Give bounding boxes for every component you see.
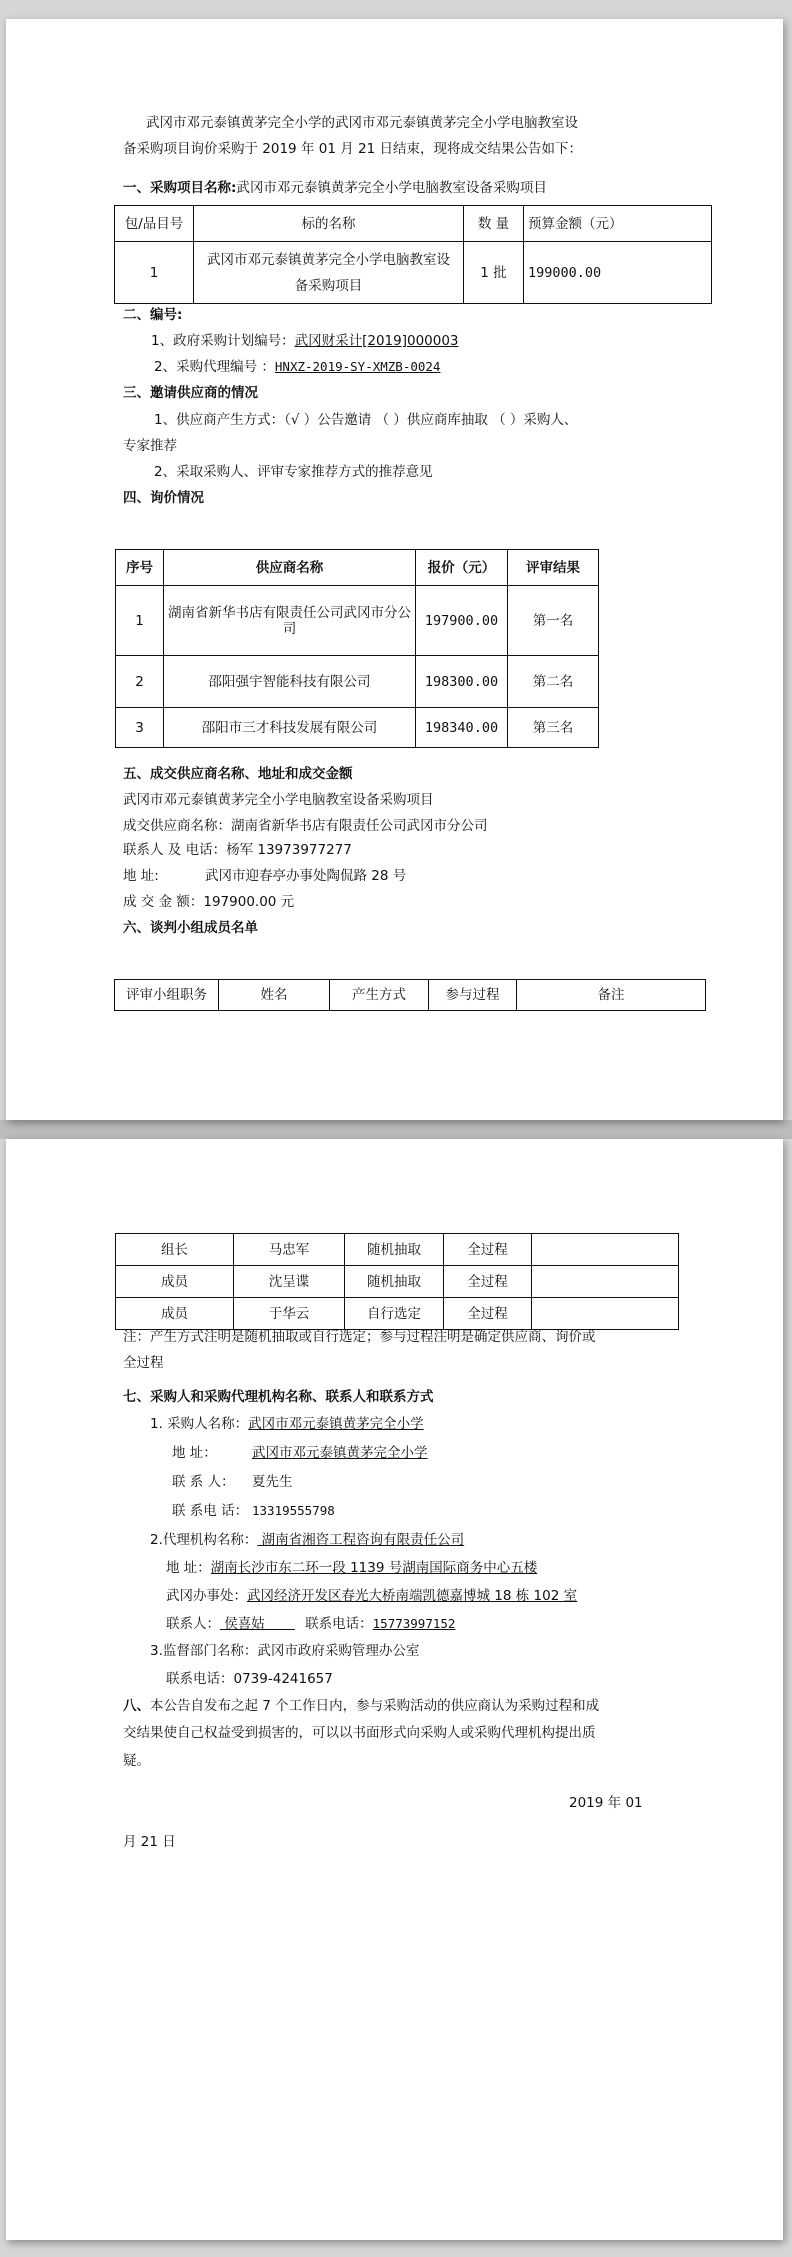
table-row: 1 武冈市邓元泰镇黄茅完全小学电脑教室设 备采购项目 1 批 199000.00 [115,242,712,304]
header-price: 报价（元） [416,550,508,586]
cell-note [532,1234,679,1266]
cell-result: 第二名 [508,656,599,708]
cell-result: 第三名 [508,708,599,748]
panel-table-header: 评审小组职务 姓名 产生方式 参与过程 备注 [114,979,706,1011]
purchaser-phone-value: 13319555798 [252,1503,335,1518]
agency-number-label: 2、采购代理编号 ： [154,359,275,375]
supplier-method-line-1: 1、供应商产生方式：（√ ）公告邀请 （ ）供应商库抽取 （ ）采购人、 [154,411,577,429]
section-1-line: 一、采购项目名称:武冈市邓元泰镇黄茅完全小学电脑教室设备采购项目 [123,179,547,197]
cell-role: 成员 [116,1298,234,1330]
award-address-label: 地 址: [123,867,205,885]
panel-note-line-1: 注：产生方式注明是随机抽取或自行选定；参与过程注明是确定供应商、询价或 [123,1328,596,1346]
agency-name-value: 湖南省湘咨工程咨询有限责任公司 [257,1532,464,1548]
section-8-line-3: 疑。 [123,1752,150,1770]
agency-contact-line: 联系人： 侯喜姑 联系电话：15773997152 [166,1615,455,1633]
cell-quantity: 1 批 [464,242,524,304]
agency-contact-value: 侯喜姑 [220,1616,295,1632]
purchaser-phone-line: 联 系电 话：13319555798 [172,1502,335,1520]
section-7-heading: 七、采购人和采购代理机构名称、联系人和联系方式 [123,1388,434,1406]
section-3-heading: 三、邀请供应商的情况 [123,384,258,402]
item-name-line-2: 备采购项目 [198,276,459,296]
award-amount: 成 交 金 额：197900.00 元 [123,893,294,911]
award-address-value: 武冈市迎春亭办事处陶侃路 28 号 [205,868,406,884]
award-project: 武冈市邓元泰镇黄茅完全小学电脑教室设备采购项目 [123,791,434,809]
agency-office-value: 武冈经济开发区春光大桥南端凯德嘉博城 18 栋 102 室 [247,1588,577,1604]
agency-name-line: 2.代理机构名称： 湖南省湘咨工程咨询有限责任公司 [150,1531,464,1549]
cell-price: 198300.00 [416,656,508,708]
agency-phone-value: 15773997152 [373,1616,456,1631]
panel-table-body: 组长 马忠军 随机抽取 全过程 成员 沈呈谍 随机抽取 全过程 成员 于华云 自… [115,1233,679,1330]
header-method: 产生方式 [330,980,429,1011]
cell-price: 198340.00 [416,708,508,748]
cell-seq: 2 [116,656,164,708]
cell-process: 全过程 [444,1234,532,1266]
agency-phone-label: 联系电话： [305,1616,373,1632]
header-process: 参与过程 [429,980,517,1011]
section-8-heading: 八、 [123,1698,150,1714]
intro-line-2: 备采购项目询价采购于 2019 年 01 月 21 日结束，现将成交结果公告如下… [123,140,582,158]
agency-contact-label: 联系人： [166,1616,220,1632]
purchaser-address-label: 地 址： [172,1444,252,1462]
supervisor-name: 3.监督部门名称：武冈市政府采购管理办公室 [150,1642,419,1660]
cell-name: 于华云 [234,1298,345,1330]
purchaser-contact-line: 联 系 人：夏先生 [172,1473,293,1491]
purchaser-name-label: 1. 采购人名称： [150,1416,248,1432]
quote-table: 序号 供应商名称 报价（元） 评审结果 1 湖南省新华书店有限责任公司武冈市分公… [115,549,599,748]
header-quantity: 数 量 [464,206,524,242]
agency-address-label: 地 址： [166,1560,211,1576]
agency-address-line: 地 址：湖南长沙市东二环一段 1139 号湖南国际商务中心五楼 [166,1559,537,1577]
header-result: 评审结果 [508,550,599,586]
cell-name: 马忠军 [234,1234,345,1266]
header-item-name: 标的名称 [194,206,464,242]
award-contact: 联系人 及 电话：杨军 13973977277 [123,841,352,859]
cell-note [532,1298,679,1330]
table-row: 成员 沈呈谍 随机抽取 全过程 [116,1266,679,1298]
award-address-line: 地 址:武冈市迎春亭办事处陶侃路 28 号 [123,867,406,885]
purchaser-contact-label: 联 系 人： [172,1473,252,1491]
cell-process: 全过程 [444,1298,532,1330]
section-4-heading: 四、询价情况 [123,489,204,507]
cell-process: 全过程 [444,1266,532,1298]
agency-number-line: 2、采购代理编号 ：HNXZ-2019-SY-XMZB-0024 [154,358,440,376]
section-1-heading: 一、采购项目名称: [123,180,236,196]
plan-number-line: 1、政府采购计划编号：武冈财采计[2019]000003 [151,332,459,350]
cell-role: 成员 [116,1266,234,1298]
cell-method: 自行选定 [345,1298,444,1330]
supplier-method-line-2: 专家推荐 [123,437,177,455]
document-page-1: 武冈市邓元泰镇黄茅完全小学的武冈市邓元泰镇黄茅完全小学电脑教室设 备采购项目询价… [6,19,783,1120]
project-name: 武冈市邓元泰镇黄茅完全小学电脑教室设备采购项目 [236,180,547,196]
table-row: 成员 于华云 自行选定 全过程 [116,1298,679,1330]
cell-name: 沈呈谍 [234,1266,345,1298]
cell-price: 197900.00 [416,586,508,656]
agency-number-value: HNXZ-2019-SY-XMZB-0024 [275,359,441,374]
cell-role: 组长 [116,1234,234,1266]
header-name: 姓名 [219,980,330,1011]
plan-number-label: 1、政府采购计划编号： [151,333,295,349]
cell-supplier: 湖南省新华书店有限责任公司武冈市分公司 [164,586,416,656]
section-6-heading: 六、谈判小组成员名单 [123,919,258,937]
agency-office-label: 武冈办事处： [166,1588,247,1604]
project-table: 包/品目号 标的名称 数 量 预算金额（元） 1 武冈市邓元泰镇黄茅完全小学电脑… [114,205,712,304]
agency-address-value: 湖南长沙市东二环一段 1139 号湖南国际商务中心五楼 [211,1560,537,1576]
purchaser-name-value: 武冈市邓元泰镇黄茅完全小学 [248,1416,424,1432]
header-package-no: 包/品目号 [115,206,194,242]
section-8-text-1: 本公告自发布之起 7 个工作日内，参与采购活动的供应商认为采购过程和成 [150,1698,599,1714]
cell-package-no: 1 [115,242,194,304]
supervisor-phone: 联系电话：0739-4241657 [166,1670,333,1688]
date-part-2: 月 21 日 [123,1833,176,1851]
award-supplier: 成交供应商名称：湖南省新华书店有限责任公司武冈市分公司 [123,817,488,835]
section-8-line-2: 交结果使自己权益受到损害的，可以以书面形式向采购人或采购代理机构提出质 [123,1724,596,1742]
table-row: 3 邵阳市三才科技发展有限公司 198340.00 第三名 [116,708,599,748]
intro-line-1: 武冈市邓元泰镇黄茅完全小学的武冈市邓元泰镇黄茅完全小学电脑教室设 [146,114,578,132]
purchaser-contact-value: 夏先生 [252,1474,293,1490]
page-gap [0,1120,792,1139]
purchaser-phone-label: 联 系电 话： [172,1502,252,1520]
plan-number-value: 武冈财采计[2019]000003 [295,333,459,349]
panel-note-line-2: 全过程 [123,1354,164,1372]
agency-office-line: 武冈办事处：武冈经济开发区春光大桥南端凯德嘉博城 18 栋 102 室 [166,1587,577,1605]
table-row: 2 邵阳强宇智能科技有限公司 198300.00 第二名 [116,656,599,708]
cell-seq: 1 [116,586,164,656]
cell-method: 随机抽取 [345,1266,444,1298]
header-seq: 序号 [116,550,164,586]
header-note: 备注 [517,980,706,1011]
cell-seq: 3 [116,708,164,748]
header-budget: 预算金额（元） [524,206,712,242]
agency-name-label: 2.代理机构名称： [150,1532,257,1548]
purchaser-address-line: 地 址：武冈市邓元泰镇黄茅完全小学 [172,1444,428,1462]
section-2-heading: 二、编号: [123,306,182,324]
cell-supplier: 邵阳市三才科技发展有限公司 [164,708,416,748]
recommendation-line: 2、采取采购人、评审专家推荐方式的推荐意见 [154,463,433,481]
document-page-2: 组长 马忠军 随机抽取 全过程 成员 沈呈谍 随机抽取 全过程 成员 于华云 自… [6,1139,783,2240]
date-part-1: 2019 年 01 [569,1794,643,1812]
cell-note [532,1266,679,1298]
cell-supplier: 邵阳强宇智能科技有限公司 [164,656,416,708]
header-role: 评审小组职务 [115,980,219,1011]
section-5-heading: 五、成交供应商名称、地址和成交金额 [123,765,353,783]
cell-budget: 199000.00 [524,242,712,304]
purchaser-name-line: 1. 采购人名称：武冈市邓元泰镇黄茅完全小学 [150,1415,424,1433]
item-name-line-1: 武冈市邓元泰镇黄茅完全小学电脑教室设 [198,250,459,270]
cell-method: 随机抽取 [345,1234,444,1266]
purchaser-address-value: 武冈市邓元泰镇黄茅完全小学 [252,1445,428,1461]
table-row: 1 湖南省新华书店有限责任公司武冈市分公司 197900.00 第一名 [116,586,599,656]
table-row: 组长 马忠军 随机抽取 全过程 [116,1234,679,1266]
header-supplier: 供应商名称 [164,550,416,586]
section-8-line-1: 八、本公告自发布之起 7 个工作日内，参与采购活动的供应商认为采购过程和成 [123,1697,599,1715]
cell-item-name: 武冈市邓元泰镇黄茅完全小学电脑教室设 备采购项目 [194,242,464,304]
cell-result: 第一名 [508,586,599,656]
